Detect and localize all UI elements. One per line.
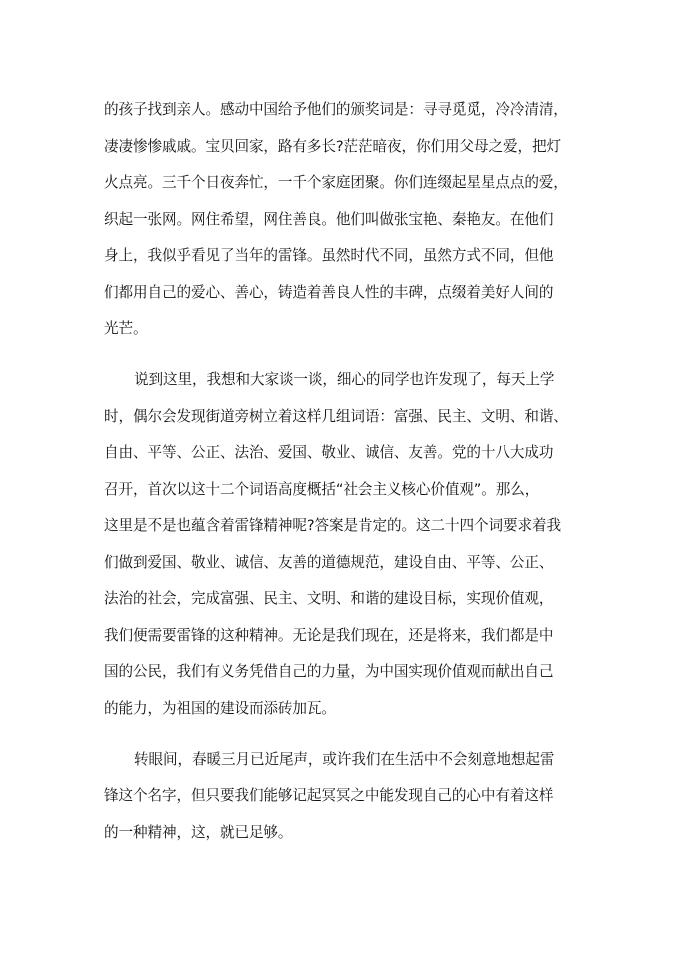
text-line: 光芒。 [104,311,590,348]
text-line: 的能力，为祖国的建设而添砖加瓦。 [104,691,590,728]
document-body: 的孩子找到亲人。感动中国给予他们的颁奖词是：寻寻觅觅，冷冷清清， 凄凄惨惨戚戚。… [104,92,590,866]
paragraph-2: 说到这里，我想和大家谈一谈，细心的同学也许发现了，每天上学 时，偶尔会发现街道旁… [104,362,590,727]
text-line: 身上，我似乎看见了当年的雷锋。虽然时代不同，虽然方式不同，但他 [104,238,590,275]
text-line: 们做到爱国、敬业、诚信、友善的道德规范，建设自由、平等、公正、 [104,545,590,582]
text-line: 转眼间，春暖三月已近尾声，或许我们在生活中不会刻意地想起雷 [104,742,590,779]
text-line: 火点亮。三千个日夜奔忙，一千个家庭团聚。你们连缀起星星点点的爱， [104,165,590,202]
text-line: 自由、平等、公正、法治、爱国、敬业、诚信、友善。党的十八大成功 [104,435,590,472]
paragraph-1: 的孩子找到亲人。感动中国给予他们的颁奖词是：寻寻觅觅，冷冷清清， 凄凄惨惨戚戚。… [104,92,590,348]
text-line: 织起一张网。网住希望，网住善良。他们叫做张宝艳、秦艳友。在他们 [104,202,590,239]
text-line: 的一种精神，这，就已足够。 [104,815,590,852]
text-line: 凄凄惨惨戚戚。宝贝回家，路有多长?茫茫暗夜，你们用父母之爱，把灯 [104,129,590,166]
text-line: 时，偶尔会发现街道旁树立着这样几组词语：富强、民主、文明、和谐、 [104,399,590,436]
document-page: 的孩子找到亲人。感动中国给予他们的颁奖词是：寻寻觅觅，冷冷清清， 凄凄惨惨戚戚。… [0,0,690,976]
text-line: 们都用自己的爱心、善心，铸造着善良人性的丰碑，点缀着美好人间的 [104,275,590,312]
text-line: 的孩子找到亲人。感动中国给予他们的颁奖词是：寻寻觅觅，冷冷清清， [104,92,590,129]
text-line: 我们便需要雷锋的这种精神。无论是我们现在，还是将来，我们都是中 [104,618,590,655]
paragraph-3: 转眼间，春暖三月已近尾声，或许我们在生活中不会刻意地想起雷 锋这个名字，但只要我… [104,742,590,852]
text-line: 法治的社会，完成富强、民主、文明、和谐的建设目标，实现价值观， [104,581,590,618]
text-line: 国的公民，我们有义务凭借自己的力量，为中国实现价值观而献出自己 [104,654,590,691]
text-line: 召开，首次以这十二个词语高度概括“社会主义核心价值观”。那么， [104,472,590,509]
text-line: 这里是不是也蕴含着雷锋精神呢?答案是肯定的。这二十四个词要求着我 [104,508,590,545]
text-line: 说到这里，我想和大家谈一谈，细心的同学也许发现了，每天上学 [104,362,590,399]
text-line: 锋这个名字，但只要我们能够记起冥冥之中能发现自己的心中有着这样 [104,778,590,815]
